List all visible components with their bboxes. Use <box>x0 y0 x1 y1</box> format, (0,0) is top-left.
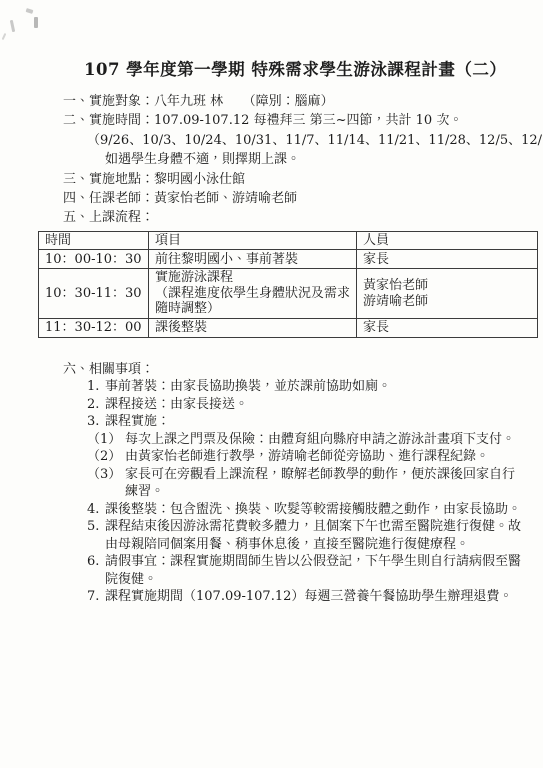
note-item-3: 3.課程實施： <box>87 413 543 431</box>
note-continuation: 練習。 <box>125 483 543 501</box>
note-text: 請假事宜：課程實施期間師生皆以公假登記，下午學生則自行請病假至醫 <box>105 554 521 569</box>
section-schedule-label: 五、上課流程： <box>63 208 543 227</box>
note-text: 每次上課之門票及保險：由體育組向縣府申請之游泳計畫項下支付。 <box>125 432 515 447</box>
note-item-1: 1.事前著裝：由家長協助換裝，並於課前協助如廁。 <box>87 378 543 396</box>
intro-list: 一、實施對象：八年九班 林 （障別：腦麻） 二、實施時間：107.09-107.… <box>63 92 543 228</box>
cell-staff: 家長 <box>357 318 538 337</box>
note-item-3-2: （2）由黃家怡老師進行教學，游靖喻老師從旁協助、進行課程紀錄。 <box>87 448 543 466</box>
note-number: （2） <box>87 448 125 466</box>
note-number: 7. <box>87 588 105 606</box>
note-item-3-1: （1）每次上課之門票及保險：由體育組向縣府申請之游泳計畫項下支付。 <box>87 431 543 449</box>
note-text: 課程結束後因游泳需花費較多體力，且個案下午也需至醫院進行復健。故 <box>105 519 521 534</box>
note-item-7: 7.課程實施期間（107.09-107.12）每週三營養午餐協助學生辦理退費。 <box>87 588 543 606</box>
note-text: 家長可在旁觀看上課流程，瞭解老師教學的動作，便於課後回家自行 <box>125 467 515 482</box>
table-row: 10：30-11：30 實施游泳課程 （課程進度依學生身體狀況及需求 隨時調整）… <box>39 269 538 319</box>
table-row: 11：30-12：00 課後整裝 家長 <box>39 318 538 337</box>
col-header-time: 時間 <box>39 231 149 250</box>
section-time-note: 如遇學生身體不適，則擇期上課。 <box>105 150 543 169</box>
note-text: 事前著裝：由家長協助換裝，並於課前協助如廁。 <box>105 379 391 394</box>
schedule-table: 時間 項目 人員 10：00-10：30 前往黎明國小、事前著裝 家長 10：3… <box>38 231 538 338</box>
note-continuation: 院復健。 <box>105 571 543 589</box>
note-number: 2. <box>87 396 105 414</box>
cell-time: 11：30-12：00 <box>39 318 149 337</box>
cell-item: 前往黎明國小、事前著裝 <box>149 250 357 269</box>
scan-artifact <box>34 17 38 28</box>
cell-staff: 黃家怡老師 游靖喻老師 <box>357 269 538 319</box>
doc-title: 107 學年度第一學期 特殊需求學生游泳課程計畫（二） <box>0 0 543 80</box>
col-header-staff: 人員 <box>357 231 538 250</box>
note-item-6: 6.請假事宜：課程實施期間師生皆以公假登記，下午學生則自行請病假至醫 <box>87 553 543 571</box>
cell-item: 實施游泳課程 （課程進度依學生身體狀況及需求 隨時調整） <box>149 269 357 319</box>
note-text: 課程實施： <box>105 414 170 429</box>
cell-staff: 家長 <box>357 250 538 269</box>
note-text: 課程實施期間（107.09-107.12）每週三營養午餐協助學生辦理退費。 <box>105 589 512 604</box>
col-header-item: 項目 <box>149 231 357 250</box>
note-number: 3. <box>87 413 105 431</box>
section-time: 二、實施時間：107.09-107.12 每禮拜三 第三~四節，共計 10 次。 <box>63 111 543 130</box>
note-item-3-3: （3）家長可在旁觀看上課流程，瞭解老師教學的動作，便於課後回家自行 <box>87 466 543 484</box>
note-item-5: 5.課程結束後因游泳需花費較多體力，且個案下午也需至醫院進行復健。故 <box>87 518 543 536</box>
table-header-row: 時間 項目 人員 <box>39 231 538 250</box>
table-row: 10：00-10：30 前往黎明國小、事前著裝 家長 <box>39 250 538 269</box>
section-location: 三、實施地點：黎明國小泳仕館 <box>63 170 543 189</box>
note-number: （3） <box>87 466 125 484</box>
note-item-2: 2.課程接送：由家長接送。 <box>87 396 543 414</box>
notes-heading: 六、相關事項： <box>63 361 543 379</box>
note-number: 6. <box>87 553 105 571</box>
note-item-4: 4.課後整裝：包含盥洗、換裝、吹髮等較需接觸肢體之動作，由家長協助。 <box>87 501 543 519</box>
cell-item: 課後整裝 <box>149 318 357 337</box>
section-time-dates: （9/26、10/3、10/24、10/31、11/7、11/14、11/21、… <box>87 131 543 150</box>
note-number: 5. <box>87 518 105 536</box>
section-target: 一、實施對象：八年九班 林 （障別：腦麻） <box>63 92 543 111</box>
note-number: 1. <box>87 378 105 396</box>
note-continuation: 由母親陪同個案用餐、稍事休息後，直接至醫院進行復健療程。 <box>105 536 543 554</box>
note-text: 課程接送：由家長接送。 <box>105 397 248 412</box>
note-text: 課後整裝：包含盥洗、換裝、吹髮等較需接觸肢體之動作，由家長協助。 <box>105 502 521 517</box>
document-page: 107 學年度第一學期 特殊需求學生游泳課程計畫（二） 一、實施對象：八年九班 … <box>0 0 543 768</box>
section-teachers: 四、任課老師：黃家怡老師、游靖喻老師 <box>63 189 543 208</box>
note-number: （1） <box>87 431 125 449</box>
notes-section: 六、相關事項： 1.事前著裝：由家長協助換裝，並於課前協助如廁。 2.課程接送：… <box>63 361 543 606</box>
note-text: 由黃家怡老師進行教學，游靖喻老師從旁協助、進行課程紀錄。 <box>125 449 489 464</box>
cell-time: 10：00-10：30 <box>39 250 149 269</box>
note-number: 4. <box>87 501 105 519</box>
cell-time: 10：30-11：30 <box>39 269 149 319</box>
